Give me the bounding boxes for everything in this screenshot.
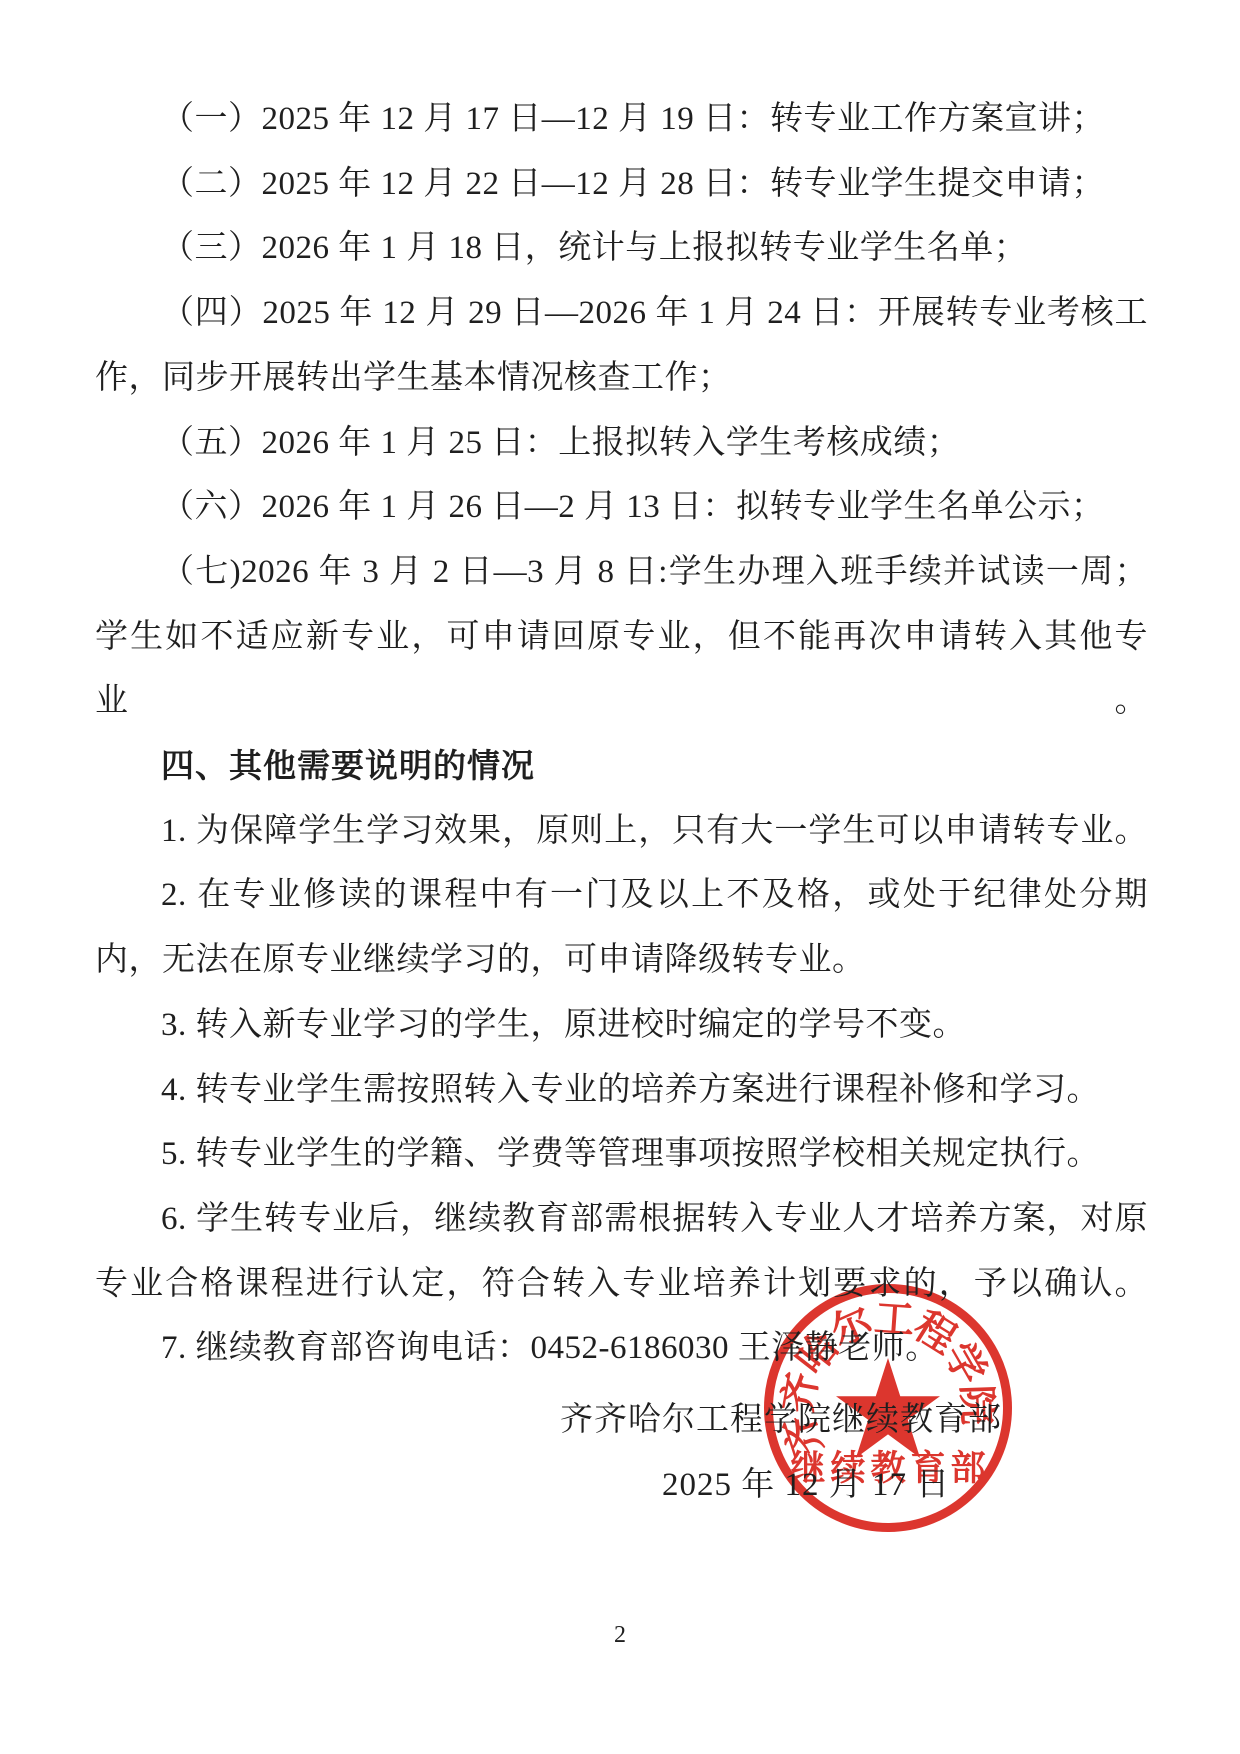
note-item-1: 1. 为保障学生学习效果，原则上，只有大一学生可以申请转专业。 bbox=[95, 799, 1148, 864]
signature-organization: 齐齐哈尔工程学院继续教育部 bbox=[560, 1388, 1002, 1453]
schedule-item-4-continuation: 作，同步开展转出学生基本情况核查工作； bbox=[95, 346, 1148, 411]
schedule-item-7-continuation: 学生如不适应新专业，可申请回原专业，但不能再次申请转入其他专业。 bbox=[95, 605, 1148, 734]
note-item-7: 7. 继续教育部咨询电话：0452-6186030 王泽静老师。 bbox=[95, 1316, 1148, 1381]
note-item-2: 2. 在专业修读的课程中有一门及以上不及格，或处于纪律处分期 bbox=[95, 863, 1148, 928]
schedule-item-5: （五）2026 年 1 月 25 日：上报拟转入学生考核成绩； bbox=[95, 411, 1148, 476]
page-number: 2 bbox=[0, 1622, 1240, 1649]
note-item-3: 3. 转入新专业学习的学生，原进校时编定的学号不变。 bbox=[95, 993, 1148, 1058]
schedule-item-1: （一）2025 年 12 月 17 日—12 月 19 日：转专业工作方案宣讲； bbox=[95, 87, 1148, 152]
schedule-item-7: （七)2026 年 3 月 2 日—3 月 8 日:学生办理入班手续并试读一周； bbox=[95, 540, 1148, 605]
note-item-6-continuation: 专业合格课程进行认定，符合转入专业培养计划要求的，予以确认。 bbox=[95, 1252, 1148, 1317]
note-item-4: 4. 转专业学生需按照转入专业的培养方案进行课程补修和学习。 bbox=[95, 1058, 1148, 1123]
section-heading: 四、其他需要说明的情况 bbox=[95, 734, 1148, 799]
schedule-item-3: （三）2026 年 1 月 18 日，统计与上报拟转专业学生名单； bbox=[95, 216, 1148, 281]
note-item-5: 5. 转专业学生的学籍、学费等管理事项按照学校相关规定执行。 bbox=[95, 1122, 1148, 1187]
schedule-item-2: （二）2025 年 12 月 22 日—12 月 28 日：转专业学生提交申请； bbox=[95, 152, 1148, 217]
note-item-6: 6. 学生转专业后，继续教育部需根据转入专业人才培养方案，对原 bbox=[95, 1187, 1148, 1252]
schedule-item-6: （六）2026 年 1 月 26 日—2 月 13 日：拟转专业学生名单公示； bbox=[95, 475, 1148, 540]
schedule-item-4: （四）2025 年 12 月 29 日—2026 年 1 月 24 日：开展转专… bbox=[95, 281, 1148, 346]
note-item-2-continuation: 内，无法在原专业继续学习的，可申请降级转专业。 bbox=[95, 928, 1148, 993]
document-body: （一）2025 年 12 月 17 日—12 月 19 日：转专业工作方案宣讲；… bbox=[95, 87, 1148, 1381]
document-page: （一）2025 年 12 月 17 日—12 月 19 日：转专业工作方案宣讲；… bbox=[0, 0, 1240, 1754]
signature-date: 2025 年 12 月 17 日 bbox=[662, 1453, 950, 1518]
